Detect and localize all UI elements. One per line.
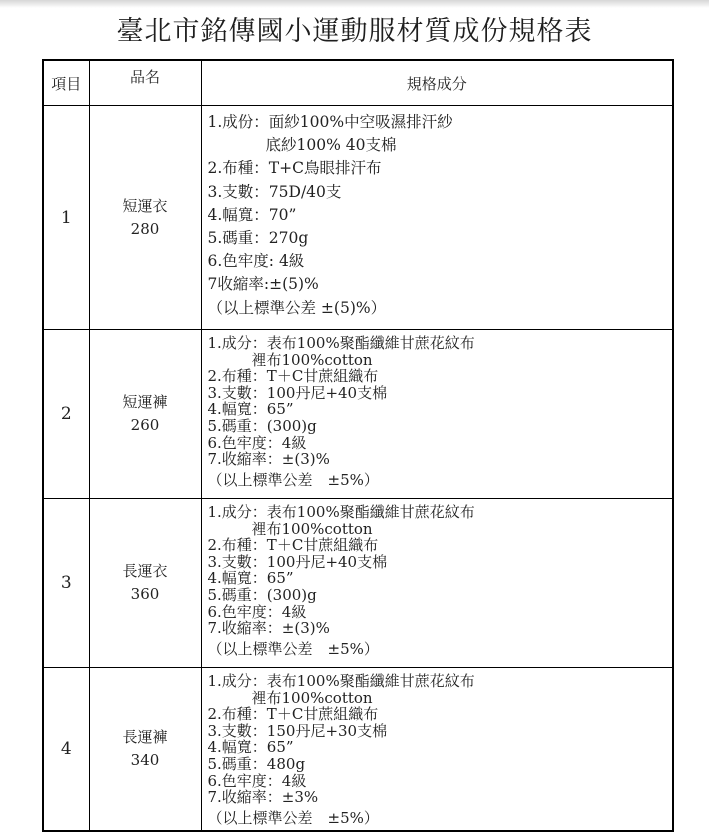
spec-line: 3.支數：150丹尼+30支棉 <box>208 723 669 740</box>
spec-cell: 1.成分：表布100%聚酯纖維甘蔗花紋布裡布100%cotton2.布種：T＋C… <box>201 668 673 832</box>
header-product-name: 品名 <box>89 60 201 106</box>
spec-line: 裡布100%cotton <box>208 690 669 707</box>
spec-lines: 1.成分：表布100%聚酯纖維甘蔗花紋布裡布100%cotton2.布種：T＋C… <box>208 335 669 488</box>
spec-line: 4.幅寬：70” <box>208 204 669 227</box>
spec-line: 6.色牢度：4級 <box>208 604 669 621</box>
spec-line: 4.幅寬：65” <box>208 401 669 418</box>
spec-line: 3.支數：100丹尼+40支棉 <box>208 554 669 571</box>
product-name-cell: 長運衣 360 <box>89 499 201 668</box>
spec-line: 1.成分：表布100%聚酯纖維甘蔗花紋布 <box>208 504 669 521</box>
header-item-number: 項目 <box>43 60 89 106</box>
product-price: 260 <box>90 414 201 437</box>
spec-line: 6.色牢度: 4級 <box>208 250 669 273</box>
spec-line: 2.布種：T+C鳥眼排汗布 <box>208 157 669 180</box>
spec-line: 7.收縮率：±(3)% <box>208 620 669 637</box>
spec-line: （以上標準公差 ±5%） <box>208 641 669 658</box>
item-number: 2 <box>43 330 89 499</box>
item-number: 1 <box>43 106 89 330</box>
spec-cell: 1.成分：表布100%聚酯纖維甘蔗花紋布裡布100%cotton2.布種：T＋C… <box>201 330 673 499</box>
spec-line: 底紗100% 40支棉 <box>208 134 669 157</box>
product-name-cell: 短運衣 280 <box>89 106 201 330</box>
product-name: 短運衣 <box>90 195 201 218</box>
spec-line: 2.布種：T＋C甘蔗組織布 <box>208 537 669 554</box>
table-row: 2 短運褲 260 1.成分：表布100%聚酯纖維甘蔗花紋布裡布100%cott… <box>43 330 673 499</box>
spec-lines: 1.成分：表布100%聚酯纖維甘蔗花紋布裡布100%cotton2.布種：T＋C… <box>208 673 669 826</box>
item-number: 4 <box>43 668 89 832</box>
spec-line: 7.收縮率：±3% <box>208 789 669 806</box>
spec-cell: 1.成份：面紗100%中空吸濕排汗紗底紗100% 40支棉2.布種：T+C鳥眼排… <box>201 106 673 330</box>
header-specification: 規格成分 <box>201 60 673 106</box>
spec-line: 6.色牢度：4級 <box>208 773 669 790</box>
spec-line: 5.碼重：(300)g <box>208 587 669 604</box>
spec-line: 裡布100%cotton <box>208 521 669 538</box>
page-title: 臺北市銘傳國小運動服材質成份規格表 <box>0 0 709 59</box>
spec-line: （以上標準公差 ±5%） <box>208 472 669 489</box>
document-page: 臺北市銘傳國小運動服材質成份規格表 項目 品名 規格成分 1 短運衣 280 <box>0 0 709 832</box>
table-row: 4 長運褲 340 1.成分：表布100%聚酯纖維甘蔗花紋布裡布100%cott… <box>43 668 673 832</box>
item-number: 3 <box>43 499 89 668</box>
product-price: 360 <box>90 583 201 606</box>
table-row: 1 短運衣 280 1.成份：面紗100%中空吸濕排汗紗底紗100% 40支棉2… <box>43 106 673 330</box>
spec-cell: 1.成分：表布100%聚酯纖維甘蔗花紋布裡布100%cotton2.布種：T＋C… <box>201 499 673 668</box>
spec-line: 6.色牢度：4級 <box>208 435 669 452</box>
product-name: 長運衣 <box>90 560 201 583</box>
spec-line: 3.支數：75D/40支 <box>208 181 669 204</box>
header-row: 項目 品名 規格成分 <box>43 60 673 106</box>
spec-line: 5.碼重：270g <box>208 227 669 250</box>
product-name-cell: 短運褲 260 <box>89 330 201 499</box>
spec-line: 2.布種：T＋C甘蔗組織布 <box>208 368 669 385</box>
spec-lines: 1.成份：面紗100%中空吸濕排汗紗底紗100% 40支棉2.布種：T+C鳥眼排… <box>208 111 669 320</box>
spec-line: 7.收縮率：±(3)% <box>208 451 669 468</box>
spec-line: 2.布種：T＋C甘蔗組織布 <box>208 706 669 723</box>
spec-line: 5.碼重：480g <box>208 756 669 773</box>
spec-line: 1.成份：面紗100%中空吸濕排汗紗 <box>208 111 669 134</box>
spec-line: 1.成分：表布100%聚酯纖維甘蔗花紋布 <box>208 335 669 352</box>
spec-line: 7收縮率:±(5)% <box>208 273 669 296</box>
spec-line: 4.幅寬：65” <box>208 570 669 587</box>
product-name-cell: 長運褲 340 <box>89 668 201 832</box>
spec-line: （以上標準公差 ±5%） <box>208 810 669 827</box>
spec-lines: 1.成分：表布100%聚酯纖維甘蔗花紋布裡布100%cotton2.布種：T＋C… <box>208 504 669 657</box>
spec-line: 裡布100%cotton <box>208 352 669 369</box>
spec-table: 項目 品名 規格成分 1 短運衣 280 1.成份：面紗100%中空吸濕排汗紗底… <box>42 59 674 832</box>
spec-line: 4.幅寬：65” <box>208 739 669 756</box>
spec-line: 1.成分：表布100%聚酯纖維甘蔗花紋布 <box>208 673 669 690</box>
product-name: 短運褲 <box>90 391 201 414</box>
product-price: 280 <box>90 218 201 241</box>
spec-line: （以上標準公差 ±(5)%） <box>208 297 669 320</box>
table-row: 3 長運衣 360 1.成分：表布100%聚酯纖維甘蔗花紋布裡布100%cott… <box>43 499 673 668</box>
product-price: 340 <box>90 749 201 772</box>
table-header: 項目 品名 規格成分 <box>43 60 673 106</box>
table-body: 1 短運衣 280 1.成份：面紗100%中空吸濕排汗紗底紗100% 40支棉2… <box>43 106 673 832</box>
product-name: 長運褲 <box>90 726 201 749</box>
spec-line: 3.支數：100丹尼+40支棉 <box>208 385 669 402</box>
spec-line: 5.碼重：(300)g <box>208 418 669 435</box>
